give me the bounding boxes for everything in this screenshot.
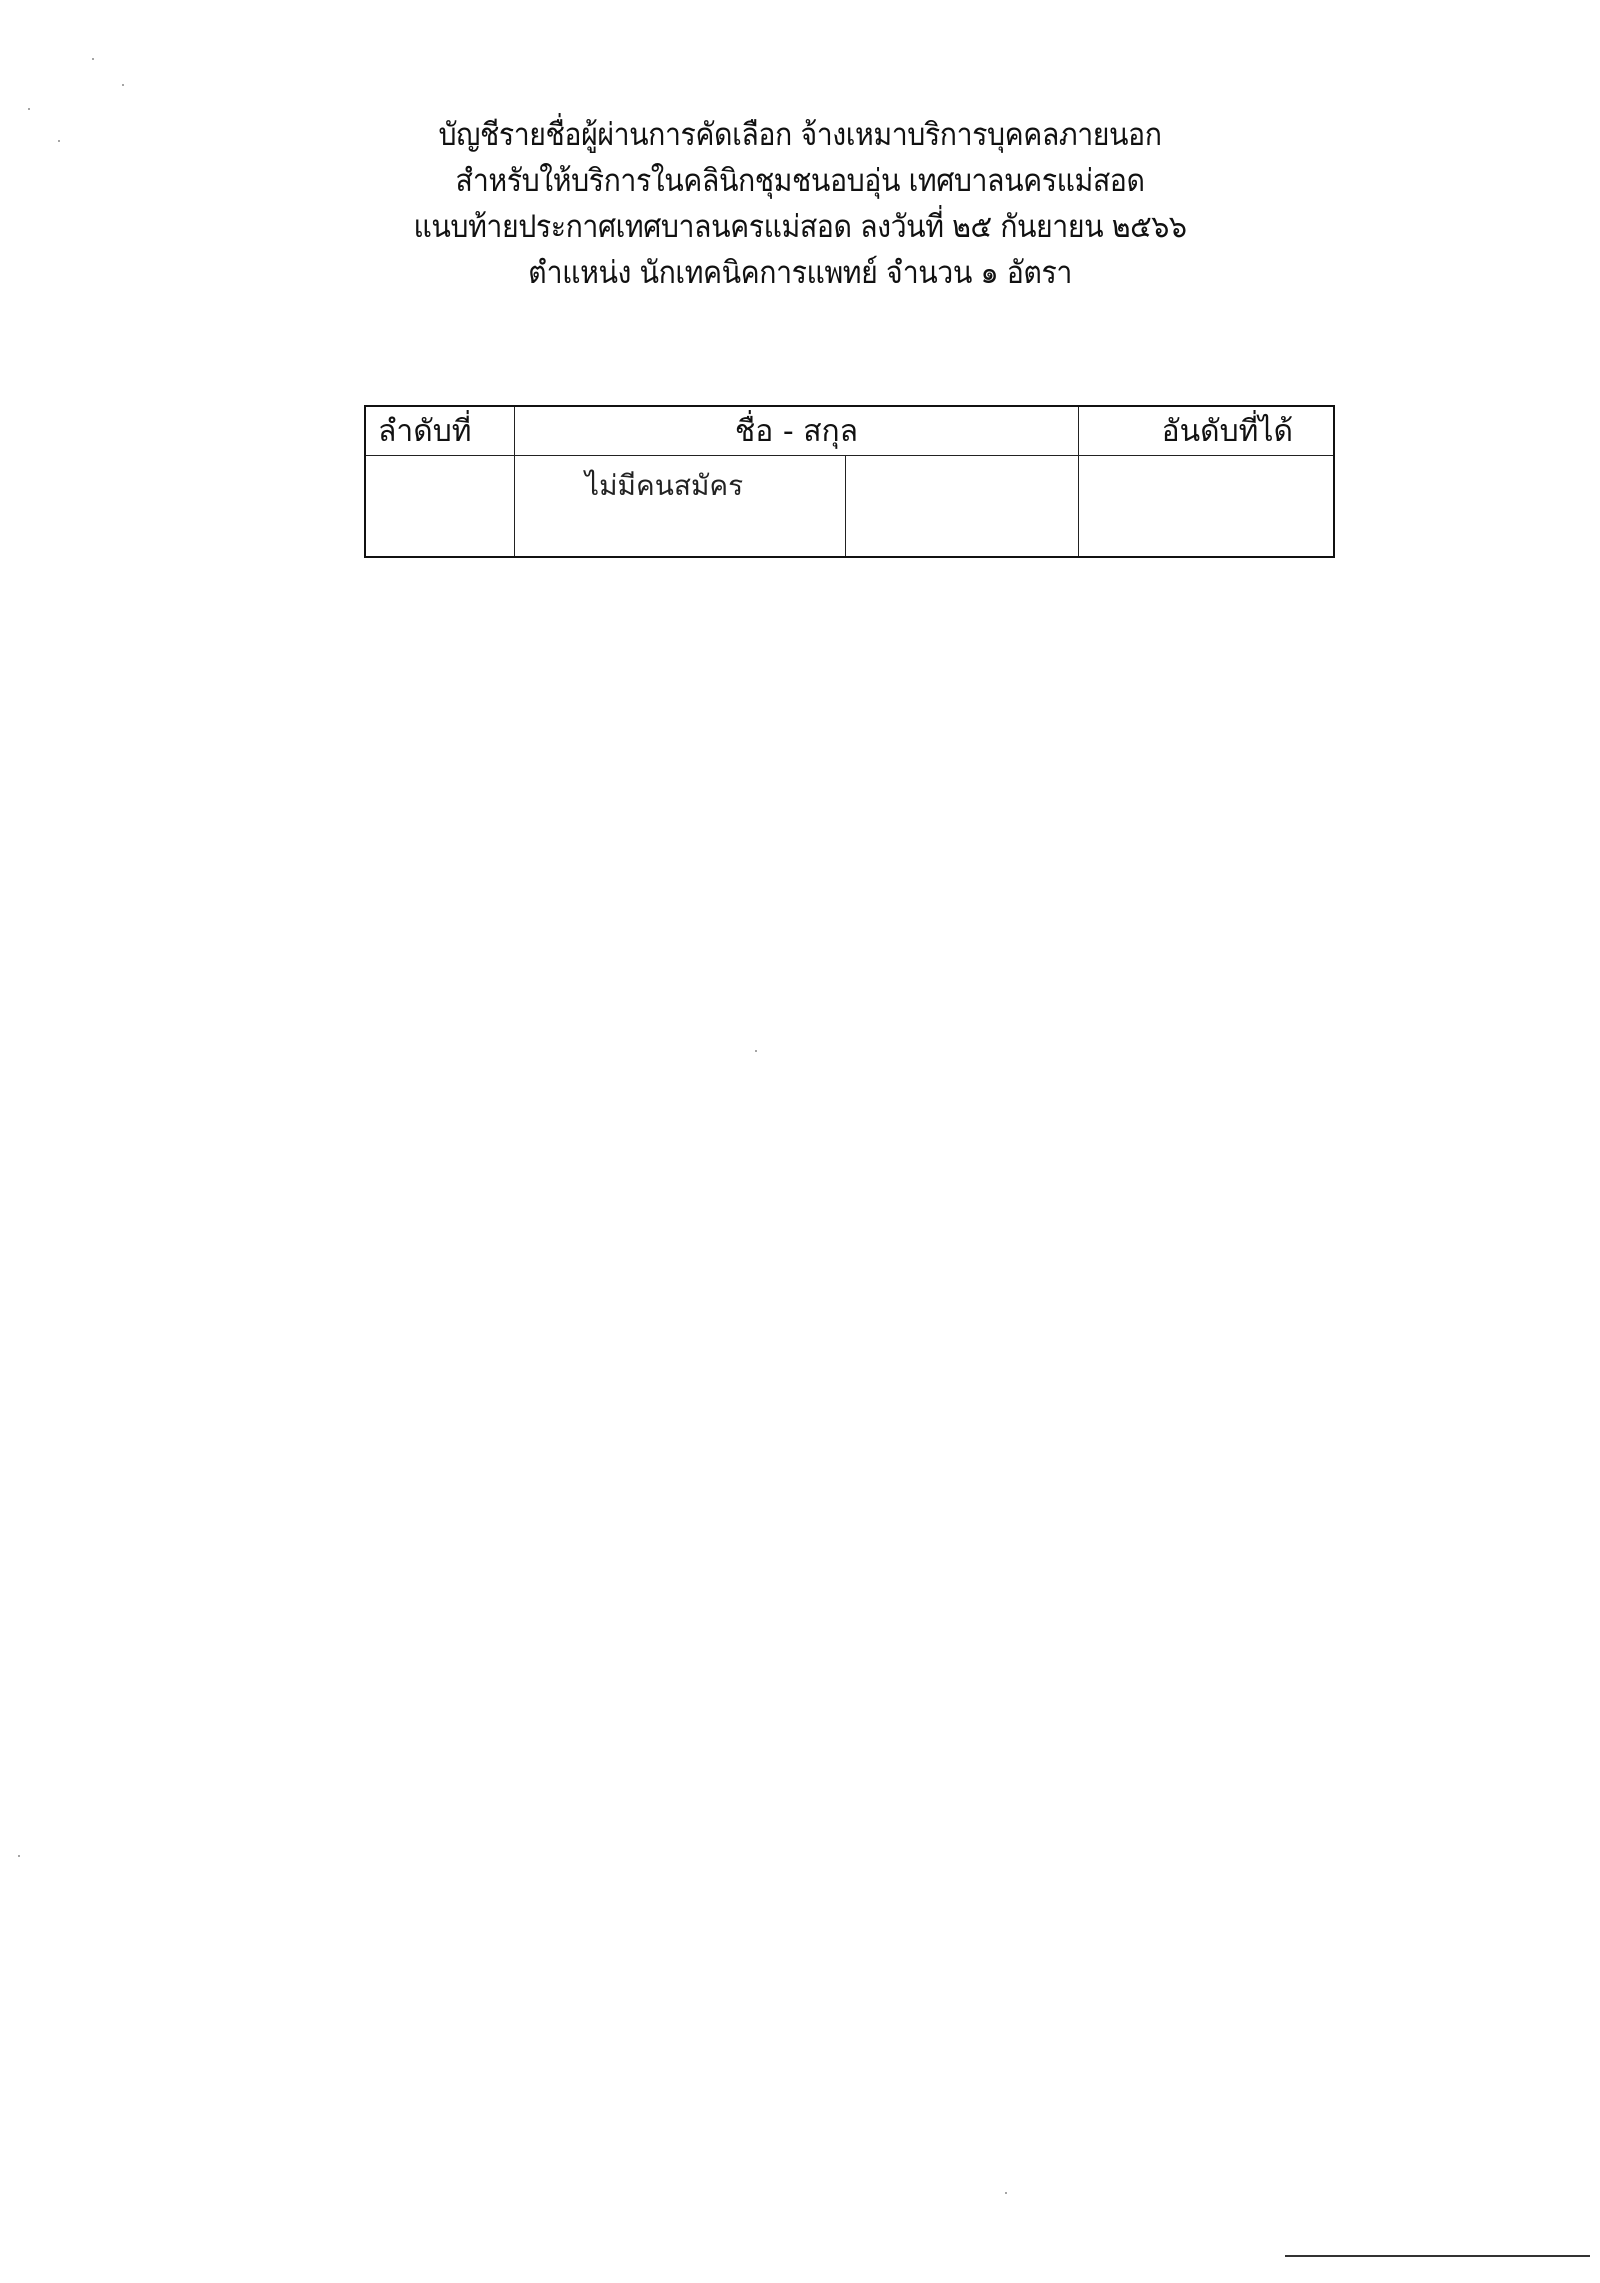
header-order: ลำดับที่ [365, 406, 515, 456]
no-applicant-text: ไม่มีคนสมัคร [515, 456, 845, 508]
header-rank: อันดับที่ได้ [1079, 406, 1335, 456]
cell-name: ไม่มีคนสมัคร [515, 456, 846, 558]
cell-order [365, 456, 515, 558]
table-header-row: ลำดับที่ ชื่อ - สกุล อันดับที่ได้ [365, 406, 1334, 456]
heading-line-1: บัญชีรายชื่อผู้ผ่านการคัดเลือก จ้างเหมาบ… [64, 112, 1536, 158]
cell-surname [846, 456, 1079, 558]
heading-line-2: สำหรับให้บริการในคลินิกชุมชนอบอุ่น เทศบา… [64, 158, 1536, 204]
header-name: ชื่อ - สกุล [515, 406, 1079, 456]
heading-line-3: แนบท้ายประกาศเทศบาลนครแม่สอด ลงวันที่ ๒๕… [64, 204, 1536, 250]
table-row: ไม่มีคนสมัคร [365, 456, 1334, 558]
results-table: ลำดับที่ ชื่อ - สกุล อันดับที่ได้ ไม่มีค… [364, 405, 1335, 558]
document-heading: บัญชีรายชื่อผู้ผ่านการคัดเลือก จ้างเหมาบ… [0, 112, 1600, 296]
footer-rule [1285, 2255, 1590, 2257]
heading-line-4: ตำแหน่ง นักเทคนิคการแพทย์ จำนวน ๑ อัตรา [64, 250, 1536, 296]
cell-rank [1079, 456, 1335, 558]
